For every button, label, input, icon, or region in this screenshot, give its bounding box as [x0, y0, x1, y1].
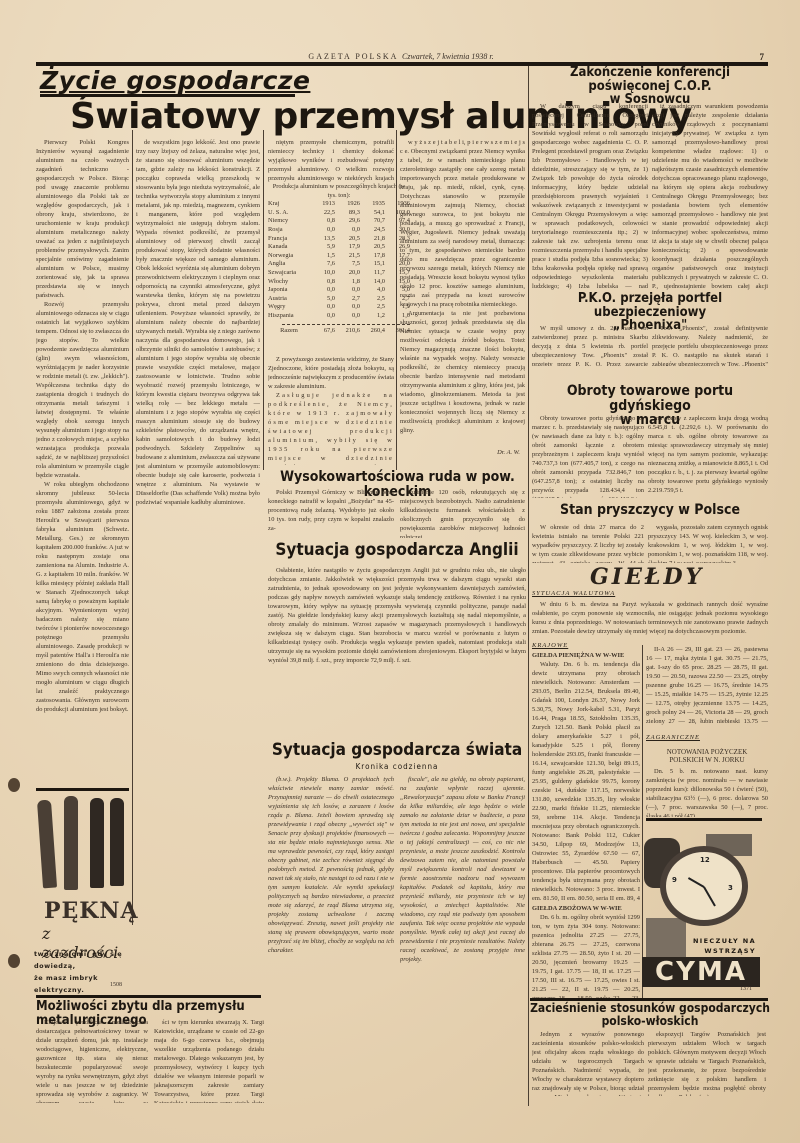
page-number: 7 [760, 52, 765, 62]
article-rule [36, 995, 261, 998]
newspaper-name: GAZETA POLSKA [308, 52, 398, 61]
issue-date: Czwartek, 7 kwietnia 1938 r. [402, 52, 494, 61]
column-divider [132, 130, 133, 925]
figure-icon [110, 798, 124, 886]
table-row: Włochy0,81,814,015,0 [268, 278, 410, 287]
article-zbyt-col2: ści w tym kierunku stwarzają X. Targi Ka… [154, 1018, 264, 1103]
binding-hole [8, 778, 20, 792]
grain-exchange-continued: II-A 26 — 29, III gat. 23 — 26, pastewna… [646, 645, 768, 727]
article-swiat-col2: fiscale", ale na giełdę, na obroty papie… [400, 775, 525, 1095]
ad-number: 1371 [740, 986, 752, 992]
cyma-watch-ad: 12 3 9 NIECZUŁY NA WSTRZĄSY UDERZENIA CY… [642, 828, 760, 993]
article-ruda-col2: trudnienie 120 osób, rekrutujących się z… [400, 488, 525, 538]
table-header-row: Kraj 1913 1926 1935 1936 [268, 200, 410, 209]
table-row: Austria5,02,72,52,7 [268, 295, 410, 304]
lead-article-col2: de wszystkim jego lekkość. Jest ono praw… [136, 138, 260, 935]
lead-article-col3: Z powyższego zestawienia widzimy, że Sta… [268, 355, 394, 465]
domestic-heading: KRAJOWE [532, 642, 568, 649]
article-wlochy-col2: ekspozycji Targów Poznańskich jest pierw… [648, 1030, 766, 1096]
table-row: Rosja0,00,024,530,0 [268, 226, 410, 235]
article-pryszczyca-col2: wygasła, pozostało zatem czynnych ognisk… [648, 523, 768, 563]
figure-icon [37, 800, 57, 889]
ad-number: 1508 [110, 982, 122, 988]
table-row: Hiszpania0,00,01,21,0 [268, 312, 410, 321]
article-pko-col1: W myśl umowy z dn. 26 marca rb. zatwierd… [532, 324, 648, 366]
article-wlochy-col1: Jednym z wyrazów ponownego zacieśnienia … [532, 1030, 644, 1096]
article-title-sosnowiec: Zakończenie konferencji poświęconej C.O.… [530, 66, 770, 107]
table-total-row: Razem 67,6 210,6 260,4 361,4 [268, 327, 410, 336]
figure-icon [90, 798, 104, 888]
table-row: Norwegia1,521,517,817,7 [268, 252, 410, 261]
binding-hole [8, 954, 20, 968]
watch-strap-icon [646, 918, 686, 958]
table-row: Węgry0,00,02,51,9 [268, 303, 410, 312]
kettle-ad-copy: twoi znajomi, gdy się dowiedzą, że masz … [34, 948, 144, 996]
article-title-swiat: Sytuacja gospodarcza świata [268, 742, 526, 760]
column-divider [263, 130, 264, 470]
foreign-heading: ZAGRANICZNE [646, 734, 700, 741]
grain-exchange-body: Dn. 6 b. m. ogólny obrót wyniósł 1299 to… [532, 913, 640, 999]
article-title-anglia: Sytuacja gospodarcza Anglii [268, 542, 526, 560]
article-gdynia-col1: Obroty towarowe portu gdyńskiego za marz… [532, 414, 644, 498]
markets-section-title: GIEŁDY [590, 564, 704, 590]
table-caption: Produkcja aluminium w poszczególnych kra… [268, 183, 410, 200]
table-row: U. S. A.22,589,354,1102,0 [268, 209, 410, 218]
money-exchange-body: Waluty. Dn. 6 b. m. tendencja dla dewiz … [532, 660, 640, 904]
table-row: Francja13,520,521,828,3 [268, 235, 410, 244]
article-pryszczyca-col1: W okresie od dnia 27 marca do 2 kwietnia… [532, 523, 644, 563]
article-ruda-col1: Polski Przemysł Górniczy w Bliżynie pow.… [268, 488, 394, 538]
article-title-pryszczyca: Stan pryszczycy w Polsce [530, 503, 770, 518]
currency-situation-heading: SYTUACJA WALUTOWA [532, 590, 615, 597]
ny-loans-heading: NOTOWANIA POŻYCZEK POLSKICH W N. JORKU [650, 748, 764, 768]
article-sosnowiec-col1: W dalszym ciągu konferencji poświęconej … [532, 102, 648, 292]
article-pko-col2: Tow. „Phoenix", został definitywnie zlik… [652, 324, 768, 366]
table-body: U. S. A.22,589,354,1102,0Niemcy0,829,670… [268, 209, 410, 321]
article-zbyt-col1: Krajowa produkcja metalurgiczna dostarcz… [36, 1018, 148, 1103]
article-anglia-body: Osłabienie, które nastąpiło w życiu gosp… [268, 566, 526, 741]
author-signature: Dr. A. W. [400, 448, 520, 460]
article-kicker-swiat: Kronika codzienna [268, 763, 526, 771]
table-row: Szwajcaria10,020,011,715,7 [268, 269, 410, 278]
table-sum-rule [282, 324, 410, 325]
table-row: Kanada5,917,920,526,9 [268, 243, 410, 252]
table-row: Anglia7,67,515,120,0 [268, 260, 410, 269]
ad-border-top [646, 818, 762, 821]
article-title-wlochy: Zacieśnienie stosunków gospodarczych pol… [530, 1002, 770, 1027]
article-gdynia-col2: na obroty z zapleczem kraju drogą wodną … [648, 414, 768, 498]
aluminium-production-table: Produkcja aluminium w poszczególnych kra… [268, 183, 410, 335]
currency-situation-body: W dniu 6 b. m. dewiza na Paryż wykazała … [532, 600, 768, 638]
table-row: Niemcy0,829,670,797,4 [268, 217, 410, 226]
column-divider [528, 66, 529, 1106]
table-row: Japonia0,00,04,05,0 [268, 286, 410, 295]
lead-article-col3-intro: niętym przemysłe chemicznym, potrafili n… [268, 138, 394, 183]
article-sosnowiec-col2: iż zasadniczym warunkiem powodzenia akcj… [652, 102, 768, 292]
lead-article-col1: Pierwszy Polski Kongres Inżynierów wysun… [36, 138, 129, 778]
section-title: Życie gospodarcze [40, 66, 310, 95]
lead-article-col4: w y ż s z e j t a b e l i, p i e r w s z… [400, 138, 525, 448]
watch-icon: 12 3 9 [660, 846, 748, 926]
article-swiat-col1: (b.w.). Projekty Bluma. O projektach tyc… [268, 775, 394, 1095]
brand-logo: CYMA [642, 957, 760, 987]
ad-headline: PĘKNĄ [44, 898, 139, 924]
ny-loans-body: Dn. 5 b. m. notowano nast. kursy zamknię… [646, 767, 768, 817]
figure-icon [64, 796, 78, 890]
kettle-ad-illustration: PĘKNĄ z zazdrości [30, 788, 130, 948]
